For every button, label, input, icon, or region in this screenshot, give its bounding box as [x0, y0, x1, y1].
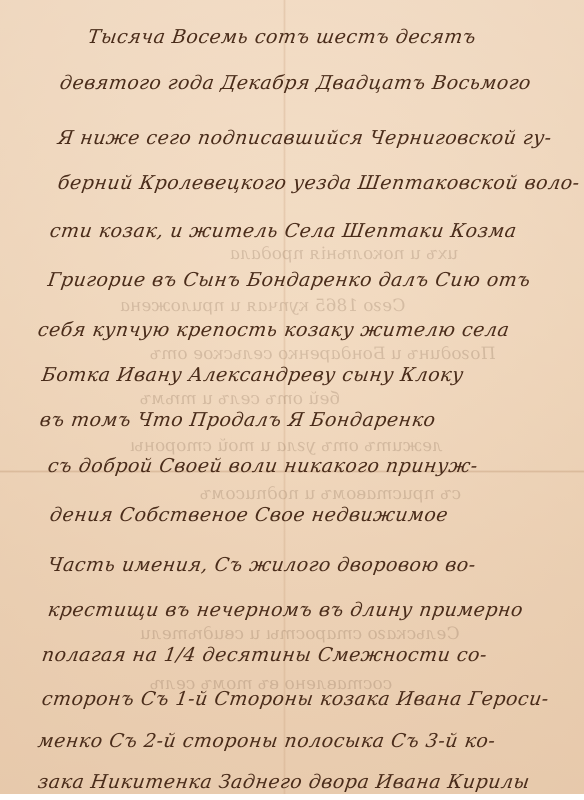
- show-through-line: Сельскаго старосты и свидѣтели: [139, 624, 461, 644]
- show-through-line: Сего 1865 купчая и приложена: [119, 296, 407, 316]
- show-through-line: лежитъ отъ угла и той стороны: [129, 436, 445, 456]
- manuscript-line: сти козак, и житель Села Шептаки Козма: [48, 220, 518, 242]
- manuscript-line: девятого года Декабря Двадцатъ Восьмого: [58, 72, 532, 94]
- manuscript-line: менко Съ 2-й стороны полосыка Съ 3-й ко-: [36, 730, 496, 752]
- manuscript-line: себя купчую крепость козаку жителю села: [36, 319, 511, 341]
- show-through-line: Погодинъ и Бондаренко сельское отъ: [149, 344, 497, 364]
- manuscript-line: зака Никитенка Заднего двора Ивана Кирил…: [36, 771, 531, 793]
- show-through-line: ихъ и поколѣнія продала: [229, 244, 460, 264]
- manuscript-line: Часть имения, Съ жилого дворовою во-: [46, 554, 477, 576]
- manuscript-line: Тысяча Восемь сотъ шестъ десятъ: [86, 26, 477, 48]
- manuscript-line: Григорие въ Сынъ Бондаренко далъ Сию отъ: [46, 269, 532, 291]
- manuscript-line: Ботка Ивану Александреву сыну Клоку: [40, 364, 465, 386]
- manuscript-line: сторонъ Съ 1-й Стороны козака Ивана Геро…: [40, 688, 550, 710]
- show-through-line: бей отъ селъ и тѣмъ: [139, 389, 342, 409]
- manuscript-page: ихъ и поколѣнія продалаСего 1865 купчая …: [0, 0, 584, 794]
- manuscript-line: полагая на 1/4 десятины Смежности со-: [40, 644, 488, 666]
- manuscript-line: дения Собственое Свое недвижимое: [48, 504, 449, 526]
- manuscript-line: въ томъ Что Продалъ Я Бондаренко: [38, 409, 437, 431]
- manuscript-line: крестищи въ нечерномъ въ длину примерно: [46, 599, 524, 621]
- manuscript-line: Я ниже сего подписавшийся Черниговской г…: [56, 127, 553, 149]
- show-through-line: съ приставомъ и подписомъ: [199, 484, 463, 504]
- manuscript-line: берний Кролевецкого уезда Шептаковской в…: [56, 172, 581, 194]
- manuscript-line: съ доброй Своей воли никакого принуж-: [46, 455, 479, 477]
